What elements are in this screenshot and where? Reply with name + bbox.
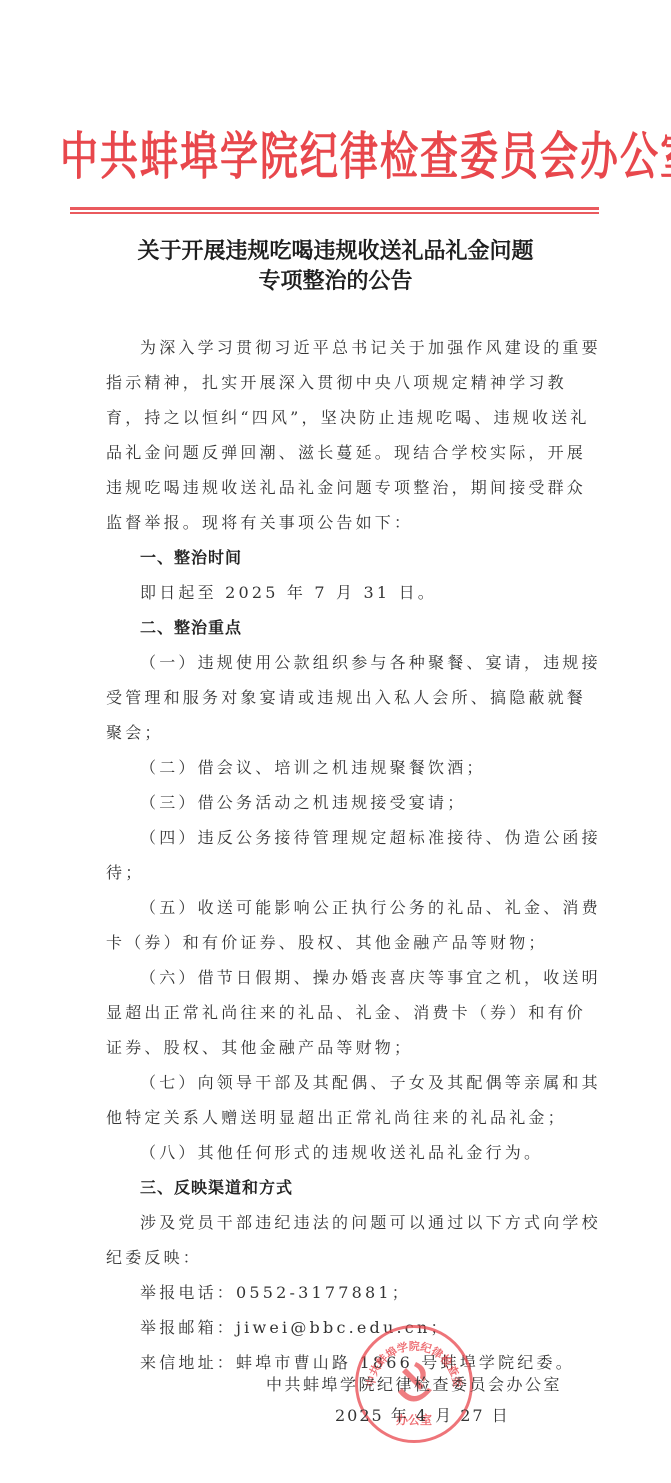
section-heading-focus: 二、整治重点 (106, 610, 602, 645)
letterhead-rule-thick (70, 207, 599, 210)
focus-item-4: （四）违反公务接待管理规定超标准接待、伪造公函接待； (106, 820, 602, 890)
section-paragraph: 即日起至 2025 年 7 月 31 日。 (106, 575, 602, 610)
signature-date: 2025 年 4 月 27 日 (335, 1403, 510, 1426)
signature-org: 中共蚌埠学院纪律检查委员会办公室 (266, 1372, 562, 1395)
title-line-2: 专项整治的公告 (0, 266, 671, 296)
focus-item-5: （五）收送可能影响公正执行公务的礼品、礼金、消费卡（券）和有价证券、股权、其他金… (106, 890, 602, 960)
focus-item-2: （二）借会议、培训之机违规聚餐饮酒； (106, 750, 602, 785)
focus-item-6: （六）借节日假期、操办婚丧喜庆等事宜之机，收送明显超出正常礼尚往来的礼品、礼金、… (106, 960, 602, 1065)
focus-item-8: （八）其他任何形式的违规收送礼品礼金行为。 (106, 1135, 602, 1170)
section-paragraph: 涉及党员干部违纪违法的问题可以通过以下方式向学校纪委反映： (106, 1205, 602, 1275)
document-body: 为深入学习贯彻习近平总书记关于加强作风建设的重要指示精神，扎实开展深入贯彻中央八… (106, 330, 602, 1380)
focus-item-1: （一）违规使用公款组织参与各种聚餐、宴请，违规接受管理和服务对象宴请或违规出入私… (106, 645, 602, 750)
section-heading-time: 一、整治时间 (106, 540, 602, 575)
section-heading-channels: 三、反映渠道和方式 (106, 1170, 602, 1205)
intro-paragraph: 为深入学习贯彻习近平总书记关于加强作风建设的重要指示精神，扎实开展深入贯彻中央八… (106, 330, 602, 540)
letterhead-title: 中共蚌埠学院纪律检查委员会办公室 (60, 108, 611, 205)
focus-item-7: （七）向领导干部及其配偶、子女及其配偶等亲属和其他特定关系人赠送明显超出正常礼尚… (106, 1065, 602, 1135)
contact-email: 举报邮箱：jiwei@bbc.edu.cn； (106, 1310, 602, 1345)
focus-item-3: （三）借公务活动之机违规接受宴请； (106, 785, 602, 820)
letterhead-rule-thin (70, 212, 599, 214)
contact-phone: 举报电话：0552-3177881； (106, 1275, 602, 1310)
document-title: 关于开展违规吃喝违规收送礼品礼金问题 专项整治的公告 (0, 236, 671, 296)
title-line-1: 关于开展违规吃喝违规收送礼品礼金问题 (0, 236, 671, 266)
